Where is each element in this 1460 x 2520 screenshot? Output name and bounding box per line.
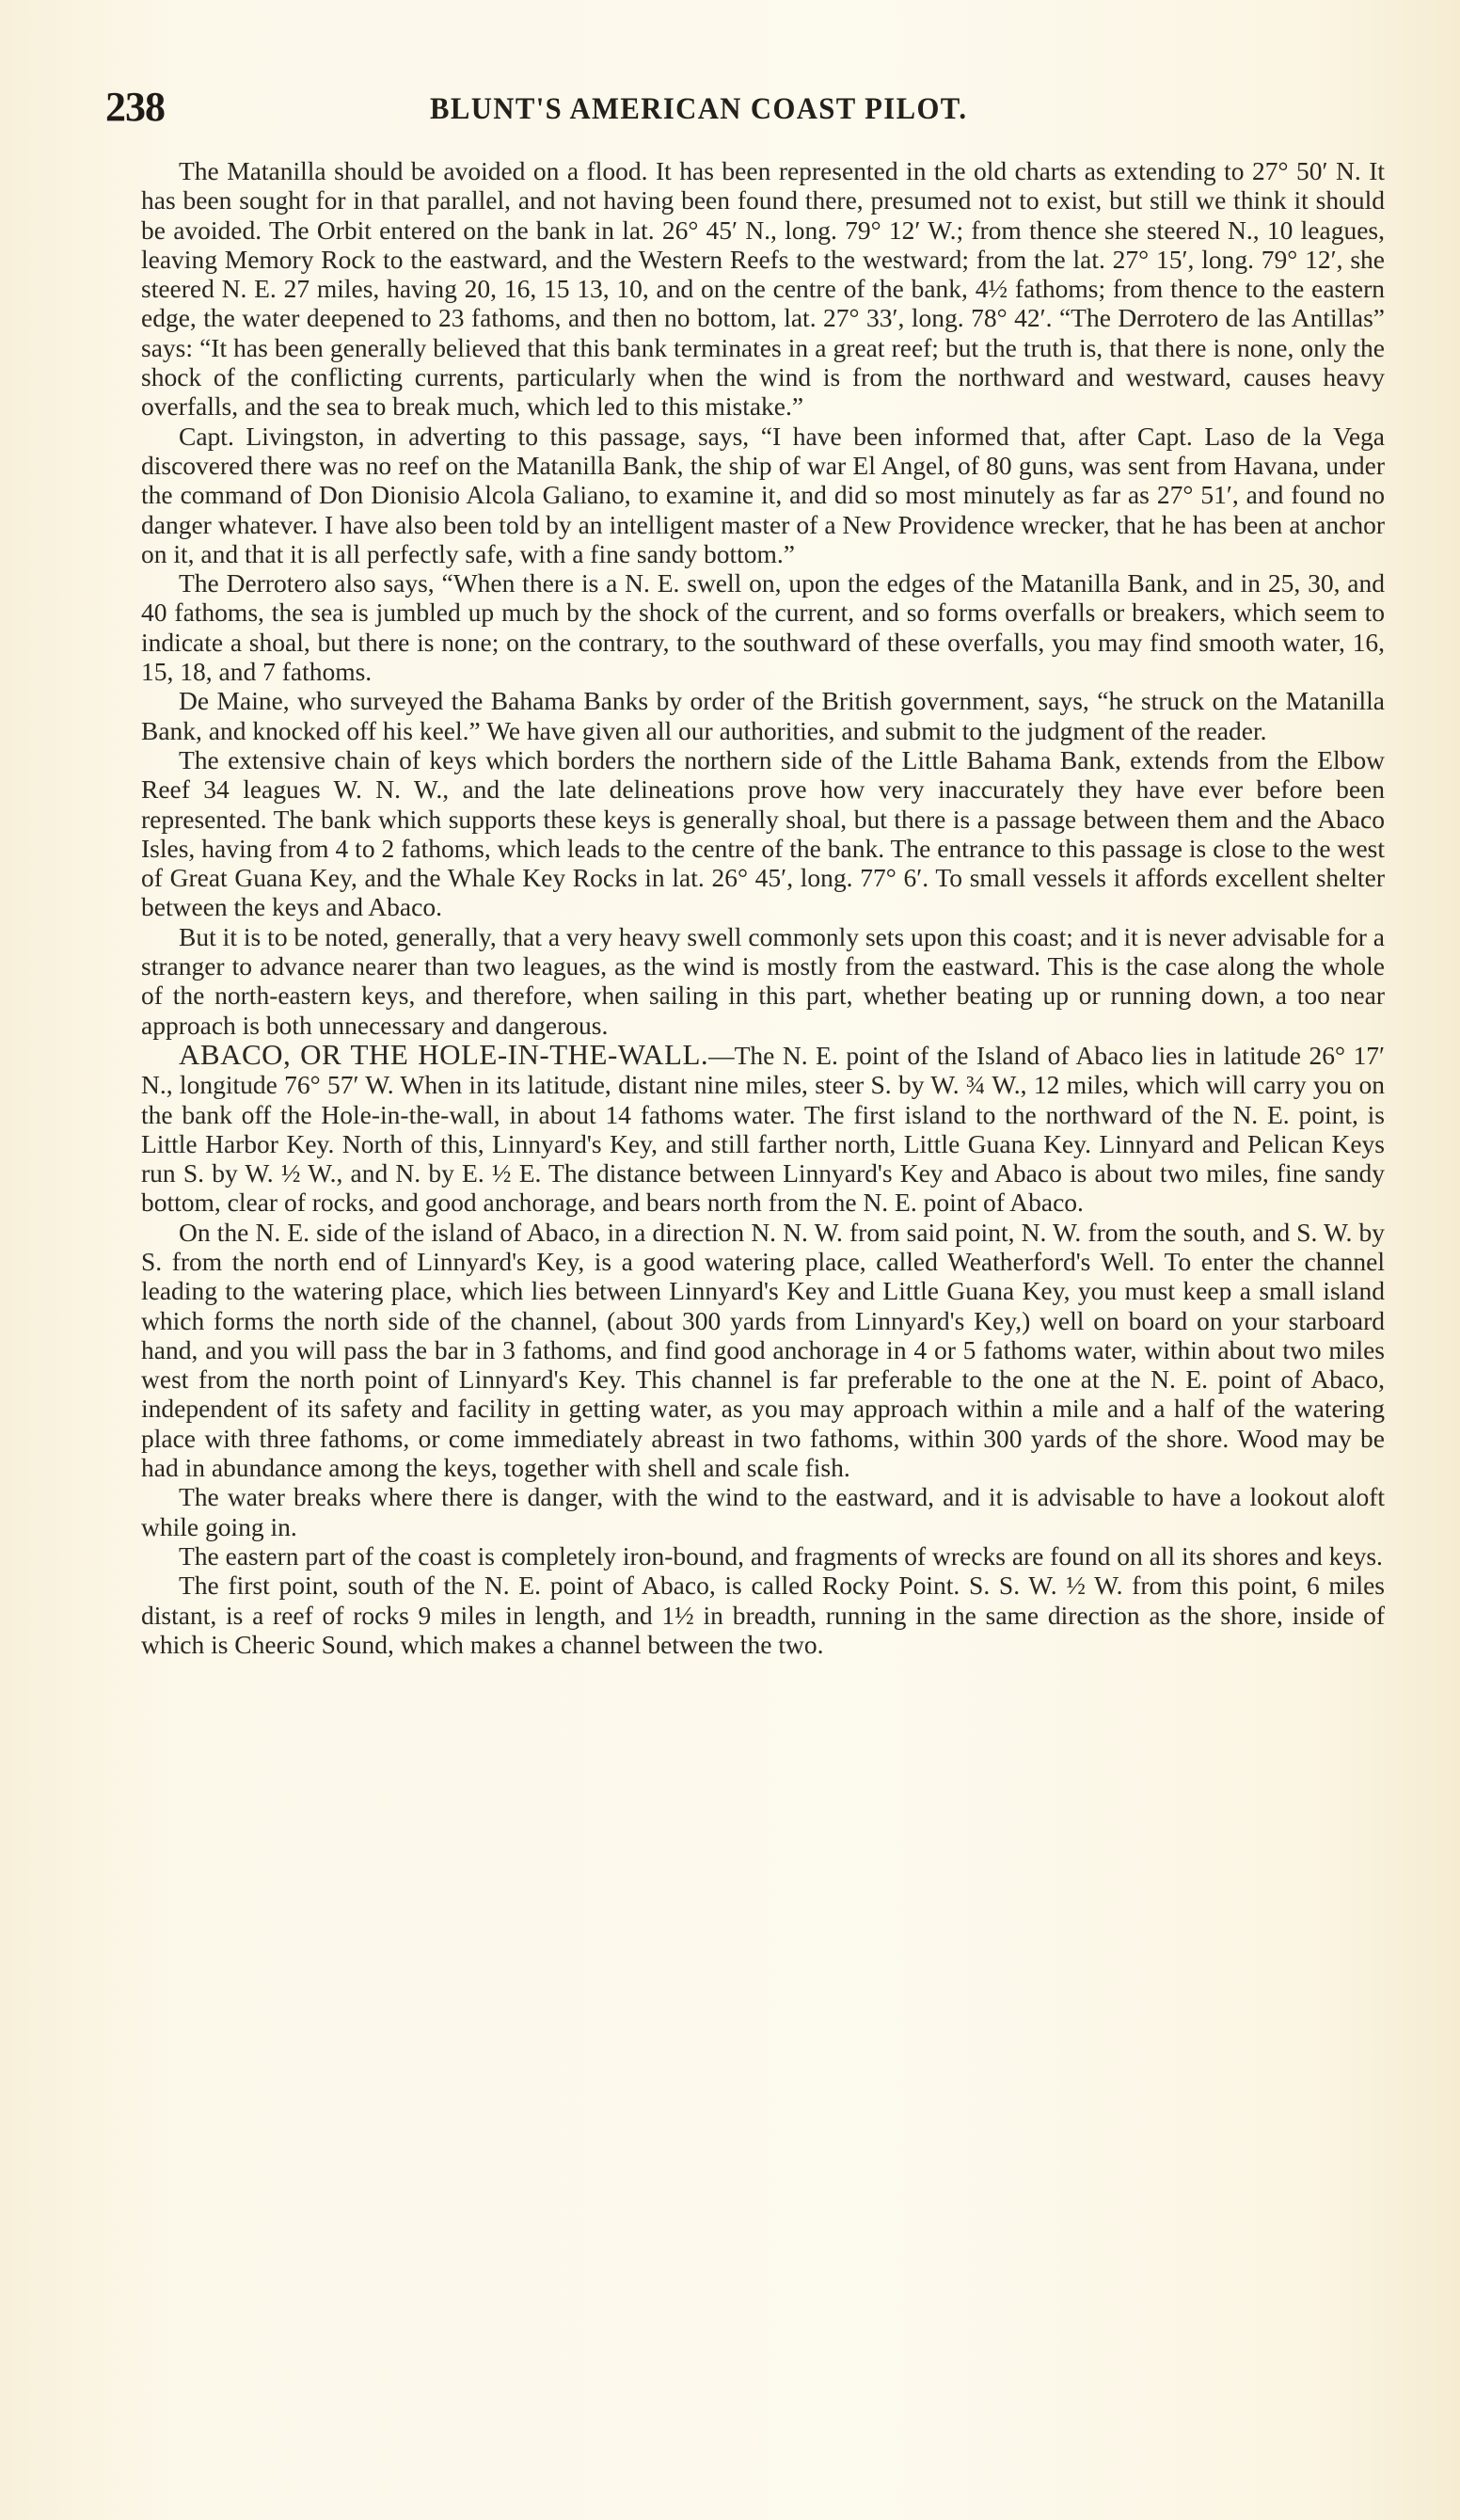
paragraph-abaco: ABACO, OR THE HOLE-IN-THE-WALL.—The N. E…: [141, 1040, 1385, 1218]
paragraph-rocky-point: The first point, south of the N. E. poin…: [141, 1571, 1385, 1659]
body-text: The Matanilla should be avoided on a flo…: [141, 156, 1385, 1659]
paragraph-de-maine: De Maine, who surveyed the Bahama Banks …: [141, 686, 1385, 745]
paragraph-derrotero: The Derrotero also says, “When there is …: [141, 568, 1385, 686]
book-page: 238 BLUNT'S AMERICAN COAST PILOT. The Ma…: [0, 0, 1460, 2520]
paragraph-livingston: Capt. Livingston, in adverting to this p…: [141, 422, 1385, 568]
page-number: 238: [105, 83, 165, 131]
paragraph-iron-bound: The eastern part of the coast is complet…: [141, 1541, 1385, 1571]
paragraph-weatherfords-well: On the N. E. side of the island of Abaco…: [141, 1218, 1385, 1483]
paragraph-water-breaks: The water breaks where there is danger, …: [141, 1482, 1385, 1541]
section-heading-abaco: ABACO, OR THE HOLE-IN-THE-WALL.: [179, 1038, 708, 1071]
paragraph-heavy-swell: But it is to be noted, generally, that a…: [141, 922, 1385, 1040]
paragraph-chain-of-keys: The extensive chain of keys which border…: [141, 745, 1385, 922]
paragraph-matanilla: The Matanilla should be avoided on a flo…: [141, 156, 1385, 422]
running-head: 238 BLUNT'S AMERICAN COAST PILOT.: [105, 83, 1385, 139]
running-title: BLUNT'S AMERICAN COAST PILOT.: [430, 92, 967, 127]
